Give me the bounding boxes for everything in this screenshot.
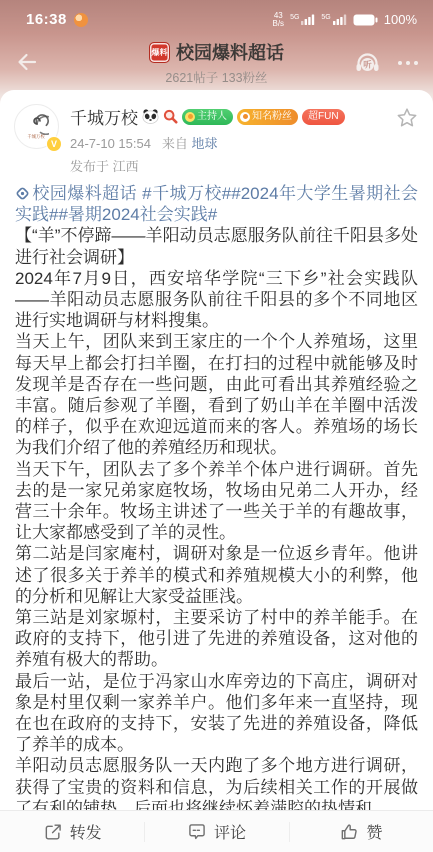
signal-bars-icon-1: 5G (290, 14, 315, 25)
battery-icon (353, 14, 378, 26)
supertopic-avatar: 爆料 (149, 42, 170, 63)
avatar-spiral-logo (25, 113, 49, 135)
network-type-label-2: 5G (321, 14, 330, 21)
magnifier-badge-icon (163, 109, 178, 124)
super-fun-badge[interactable]: 超FUN (302, 109, 345, 125)
topic-hashtag-line[interactable]: 校园爆料超话 #千城万校##2024年大学生暑期社会实践##暑期2024社会实践… (15, 183, 418, 225)
host-badge[interactable]: 主持人 (182, 109, 233, 125)
post-action-bar: 转发 评论 赞 (0, 810, 433, 852)
topic-hashtag-text[interactable]: 校园爆料超话 #千城万校##2024年大学生暑期社会实践##暑期2024社会实践… (15, 184, 418, 224)
paragraph: 当天下午，团队去了多个养羊个体户进行调研。首先去的是一家兄弟家庭牧场，牧场由兄弟… (15, 459, 418, 544)
network-speed: 43 B/s (273, 12, 285, 28)
favorite-star-icon[interactable] (395, 106, 419, 130)
fan-badge-label: 知名粉丝 (252, 109, 292, 125)
fan-badge-icon (240, 112, 250, 122)
supertopic-icon (15, 186, 30, 201)
paragraph-title: 【“羊”不停蹄——羊阳动员志愿服务队前往千阳县多处进行社会调研】 (15, 225, 418, 267)
repost-label: 转发 (70, 820, 102, 843)
host-badge-icon (185, 112, 195, 122)
post-header: 千城万校 V 千城万校 主持人 (0, 104, 433, 175)
like-label: 赞 (366, 820, 382, 843)
like-icon (339, 822, 359, 842)
paragraph: 2024年7月9日，西安培华学院“三下乡”社会实践队——羊阳动员志愿服务队前往千… (15, 268, 418, 332)
network-type-label: 5G (290, 14, 299, 21)
post-card: 千城万校 V 千城万校 主持人 (0, 90, 433, 810)
nav-bar: 爆料 校园爆料超话 2621帖子 133粉丝 听 (0, 35, 433, 90)
comment-label: 评论 (214, 820, 246, 843)
more-options-icon[interactable] (395, 50, 421, 76)
repost-icon (43, 822, 63, 842)
famous-fan-badge[interactable]: 知名粉丝 (237, 109, 298, 125)
comment-icon (187, 822, 207, 842)
source-link[interactable]: 地球 (191, 136, 217, 151)
panda-face-icon (142, 109, 159, 124)
like-button[interactable]: 赞 (289, 811, 433, 852)
avatar-caption: 千城万校 (28, 136, 45, 140)
post-meta-line: 24-7-10 15:54 来自 地球 (70, 133, 395, 152)
signal-bars-icon-2: 5G (321, 14, 346, 25)
paragraph: 羊阳动员志愿服务队一天内跑了多个地方进行调研，获得了宝贵的资料和信息，为后续相关… (15, 755, 418, 810)
clock-time: 16:38 (26, 11, 67, 28)
paragraph: 第三站是刘家塬村，主要采访了村中的养羊能手。在政府的支持下，他引进了先进的养殖设… (15, 607, 418, 671)
comment-button[interactable]: 评论 (144, 811, 288, 852)
verified-v-badge: V (46, 136, 62, 152)
status-bar: 16:38 43 B/s 5G 5G 100% (0, 0, 433, 35)
paragraph: 最后一站，是位于冯家山水库旁边的下高庄，调研对象是村里仅剩一家养羊户。他们多年来… (15, 671, 418, 756)
post-timestamp: 24-7-10 15:54 (70, 136, 151, 151)
post-location: 发布于 江西 (70, 156, 395, 175)
super-fun-badge-label: 超FUN (308, 109, 339, 125)
listen-audio-icon[interactable]: 听 (354, 49, 381, 76)
author-name[interactable]: 千城万校 (70, 104, 138, 129)
author-avatar[interactable]: 千城万校 V (14, 104, 59, 149)
supertopic-title[interactable]: 校园爆料超话 (176, 39, 284, 65)
source-label: 来自 (162, 136, 188, 151)
network-speed-unit: B/s (273, 20, 285, 28)
notification-emoji-icon (74, 13, 88, 27)
host-badge-label: 主持人 (197, 109, 227, 125)
svg-text:听: 听 (363, 60, 372, 70)
post-content: 校园爆料超话 #千城万校##2024年大学生暑期社会实践##暑期2024社会实践… (0, 175, 433, 810)
repost-button[interactable]: 转发 (0, 811, 144, 852)
battery-percent: 100% (384, 12, 417, 27)
paragraph: 第二站是闫家庵村，调研对象是一位返乡青年。他讲述了很多关于养羊的模式和养殖规模大… (15, 543, 418, 607)
supertopic-stats: 2621帖子 133粉丝 (165, 68, 267, 86)
paragraph: 当天上午，团队来到王家庄的一个个人养殖场，这里每天早上都会打扫羊圈，在打扫的过程… (15, 331, 418, 458)
